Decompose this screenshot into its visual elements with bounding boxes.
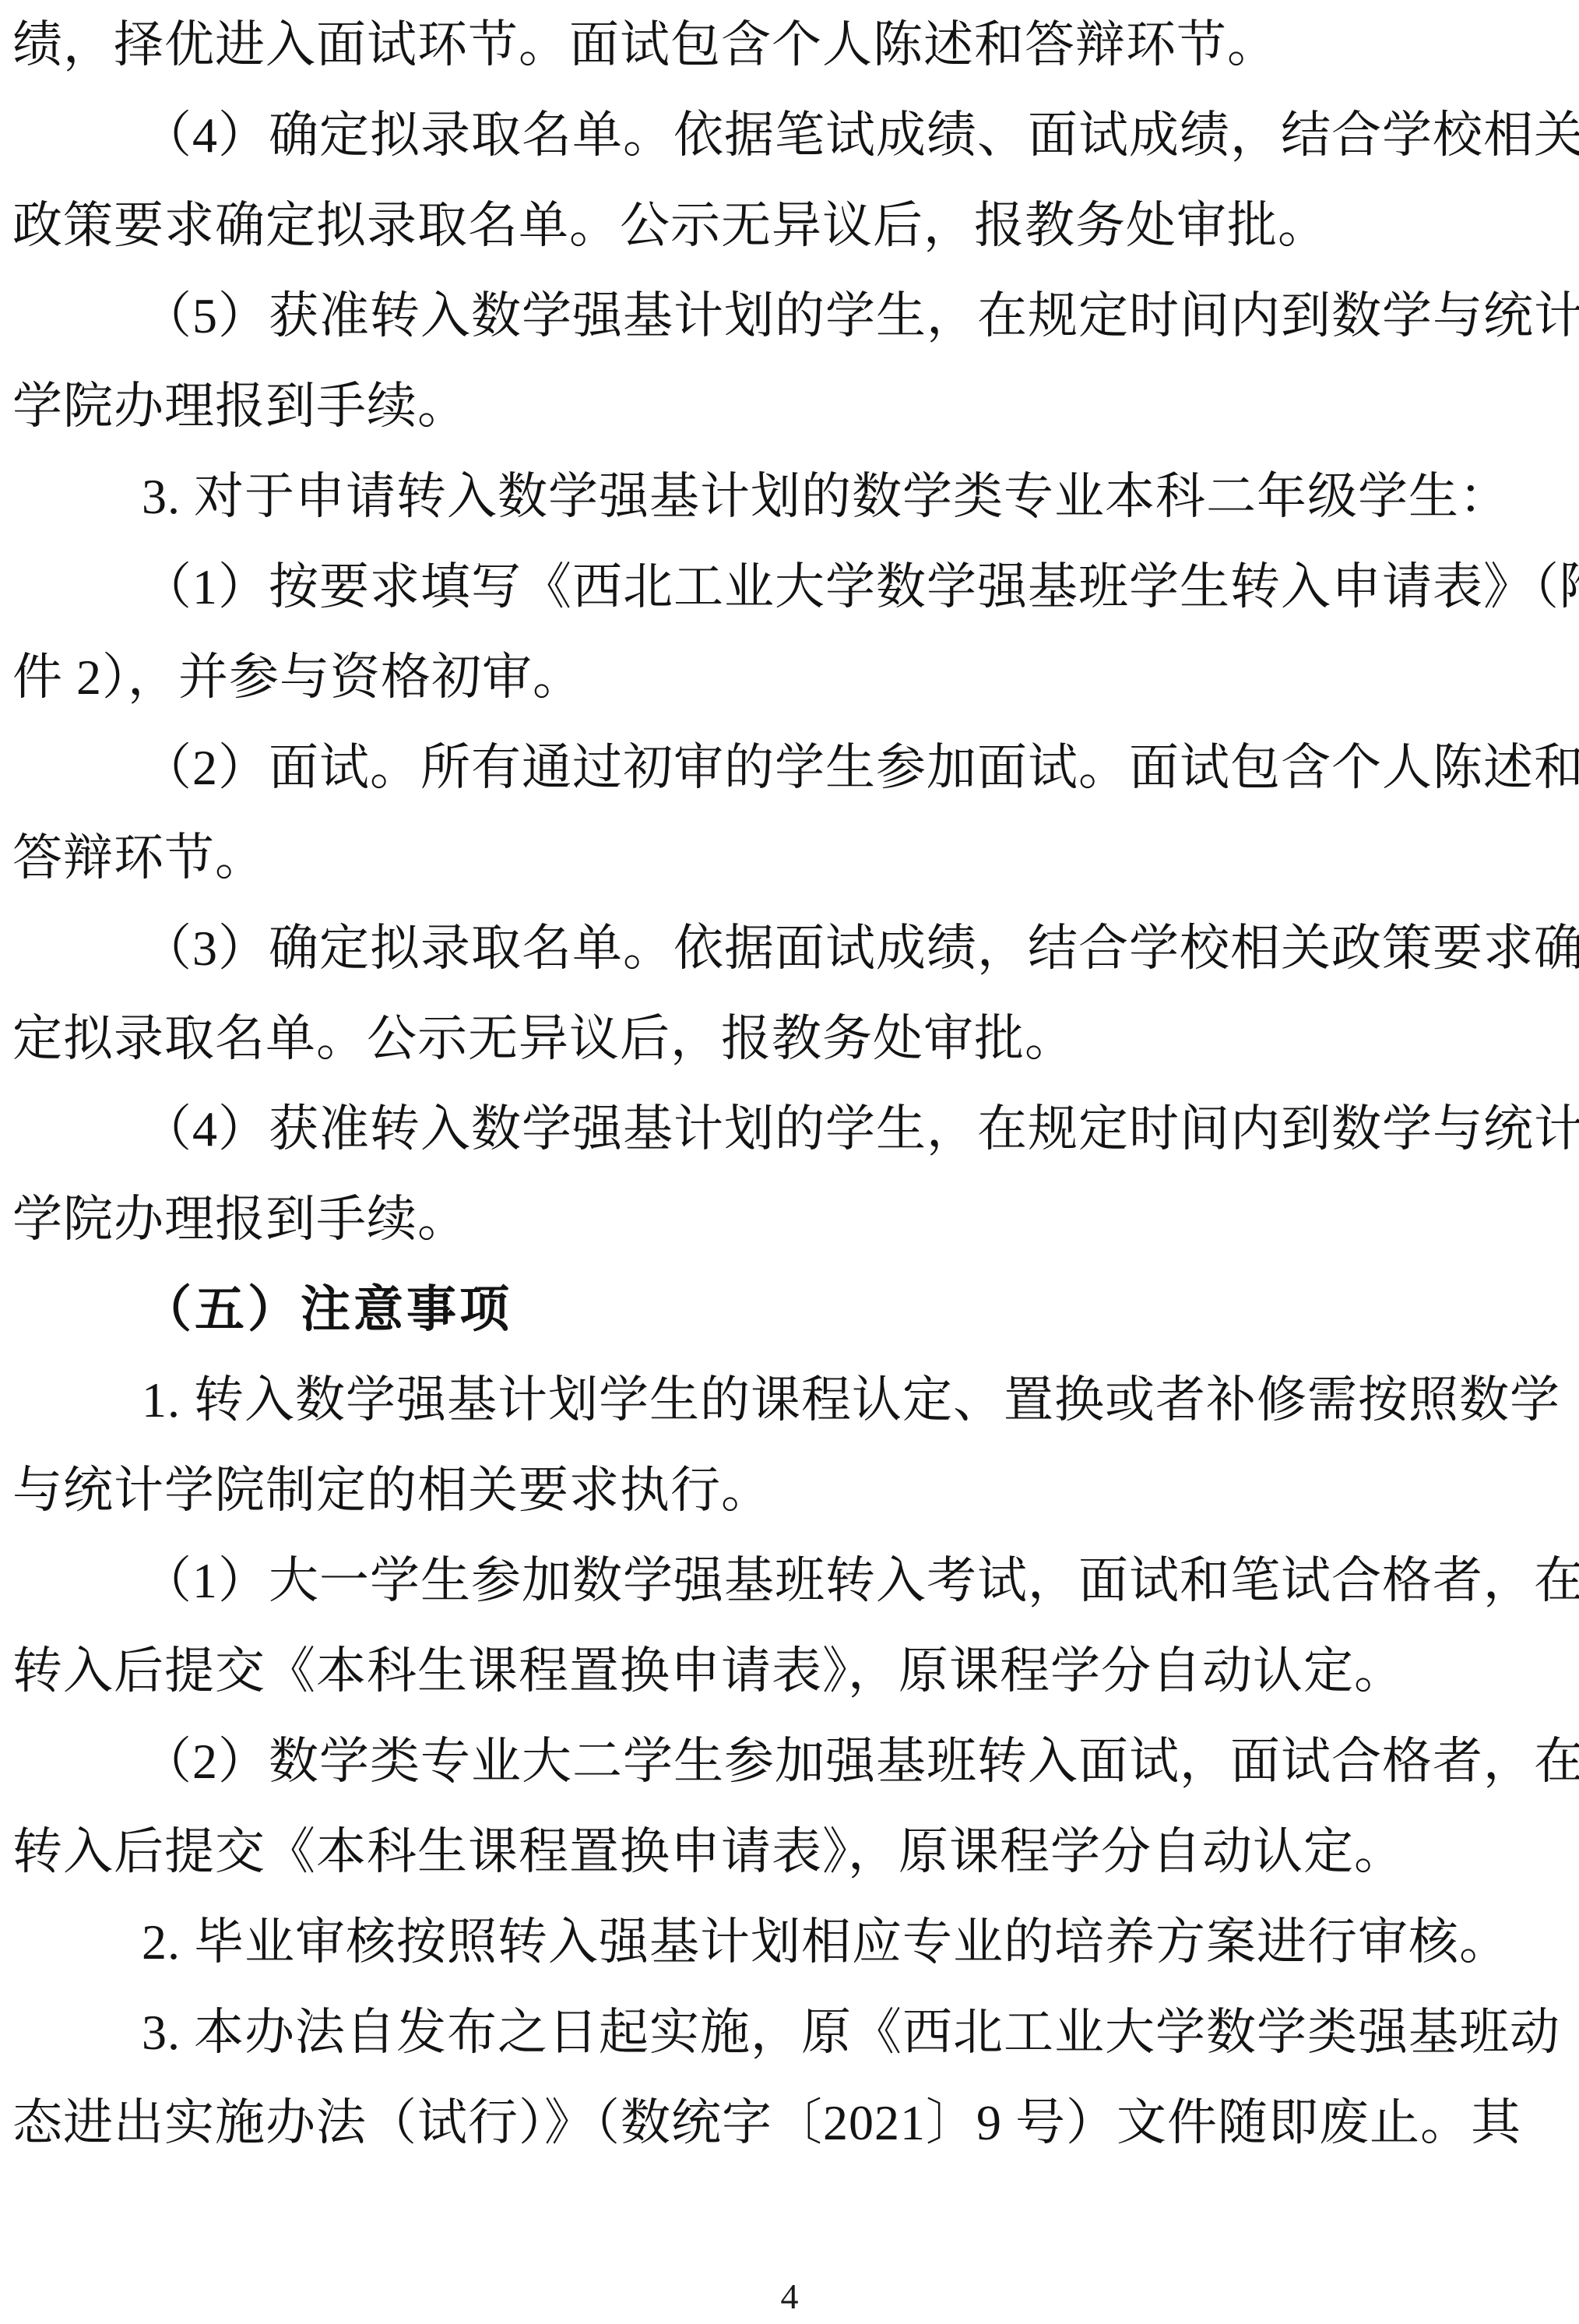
text-line: 2. 毕业审核按照转入强基计划相应专业的培养方案进行审核。 <box>12 1897 1565 1988</box>
section-heading-line: （五）注意事项 <box>12 1265 1565 1355</box>
text-line: 答辩环节。 <box>12 813 1565 903</box>
text-line: （2）数学类专业大二学生参加强基班转入面试，面试合格者，在 <box>12 1717 1565 1807</box>
text-line: （4）确定拟录取名单。依据笔试成绩、面试成绩，结合学校相关 <box>12 90 1565 181</box>
text-line: （2）面试。所有通过初审的学生参加面试。面试包含个人陈述和 <box>12 723 1565 813</box>
text-line: 3. 对于申请转入数学强基计划的数学类专业本科二年级学生： <box>12 452 1565 542</box>
text-line: 态进出实施办法（试行）》（数统字〔2021〕9 号）文件随即废止。其 <box>12 2078 1565 2168</box>
text-line: 1. 转入数学强基计划学生的课程认定、置换或者补修需按照数学 <box>12 1355 1565 1445</box>
text-line: 与统计学院制定的相关要求执行。 <box>12 1445 1565 1536</box>
text-line: 绩，择优进入面试环节。面试包含个人陈述和答辩环节。 <box>12 0 1565 90</box>
text-line: 件 2），并参与资格初审。 <box>12 632 1565 723</box>
text-line: 学院办理报到手续。 <box>12 361 1565 452</box>
text-line: （1）按要求填写《西北工业大学数学强基班学生转入申请表》（附 <box>12 542 1565 632</box>
text-line: （5）获准转入数学强基计划的学生，在规定时间内到数学与统计 <box>12 271 1565 361</box>
text-line: 转入后提交《本科生课程置换申请表》，原课程学分自动认定。 <box>12 1807 1565 1897</box>
text-line: 学院办理报到手续。 <box>12 1174 1565 1265</box>
page-number: 4 <box>0 2276 1579 2317</box>
document-page: 绩，择优进入面试环节。面试包含个人陈述和答辩环节。（4）确定拟录取名单。依据笔试… <box>0 0 1579 2324</box>
text-line: 转入后提交《本科生课程置换申请表》，原课程学分自动认定。 <box>12 1626 1565 1717</box>
text-line: 定拟录取名单。公示无异议后，报教务处审批。 <box>12 994 1565 1084</box>
text-line: （1）大一学生参加数学强基班转入考试，面试和笔试合格者，在 <box>12 1536 1565 1626</box>
text-line: 政策要求确定拟录取名单。公示无异议后，报教务处审批。 <box>12 181 1565 271</box>
document-body: 绩，择优进入面试环节。面试包含个人陈述和答辩环节。（4）确定拟录取名单。依据笔试… <box>12 0 1565 2168</box>
text-line: 3. 本办法自发布之日起实施，原《西北工业大学数学类强基班动 <box>12 1988 1565 2078</box>
text-line: （4）获准转入数学强基计划的学生，在规定时间内到数学与统计 <box>12 1084 1565 1174</box>
text-line: （3）确定拟录取名单。依据面试成绩，结合学校相关政策要求确 <box>12 903 1565 994</box>
